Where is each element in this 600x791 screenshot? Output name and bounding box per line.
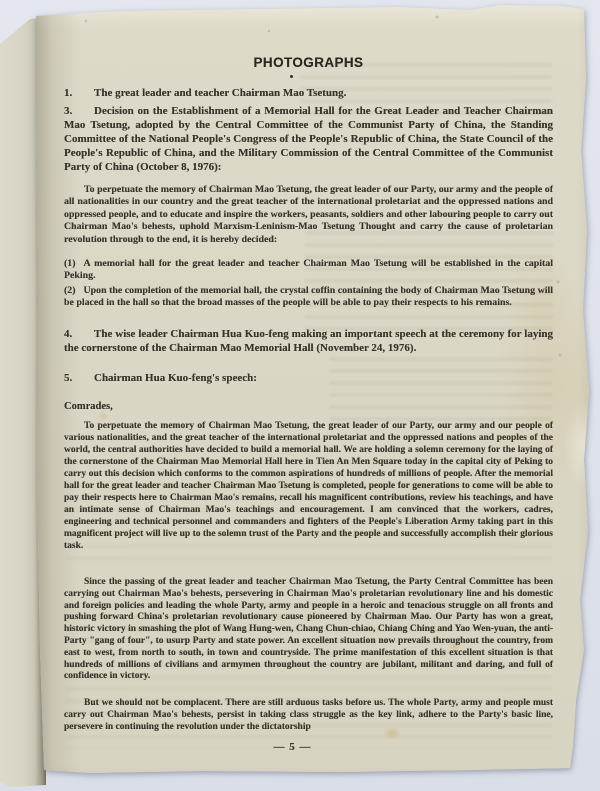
speech-paragraph-2: Since the passing of the great leader an… bbox=[64, 577, 553, 683]
decision-intro-paragraph: To perpetuate the memory of Chairman Mao… bbox=[64, 184, 553, 246]
speech-paragraph-3: But we should not be complacent. There a… bbox=[64, 697, 553, 733]
decision-point-1: (1)A memorial hall for the great leader … bbox=[64, 258, 553, 283]
scanned-page-wrap: PHOTOGRAPHS 1.The great leader and teach… bbox=[0, 0, 600, 791]
decision-point-2: (2)Upon the completion of the memorial h… bbox=[64, 285, 553, 310]
caption-item-3: 3.Decision on the Establishment of a Mem… bbox=[64, 104, 553, 174]
point-marker: (2) bbox=[64, 285, 76, 296]
caption-item-4: 4.The wise leader Chairman Hua Kuo-feng … bbox=[64, 327, 553, 355]
bleedthrough-ghost bbox=[330, 352, 552, 424]
caption-text: Decision on the Establishment of a Memor… bbox=[64, 105, 553, 173]
caption-number: 1. bbox=[64, 86, 94, 100]
caption-text: Chairman Hua Kuo-feng's speech: bbox=[94, 372, 257, 384]
point-text: A memorial hall for the great leader and… bbox=[64, 258, 553, 281]
caption-text: The wise leader Chairman Hua Kuo-feng ma… bbox=[64, 328, 553, 354]
point-text: Upon the completion of the memorial hall… bbox=[64, 285, 553, 308]
page-heading: PHOTOGRAPHS bbox=[64, 55, 553, 70]
scanned-page: PHOTOGRAPHS 1.The great leader and teach… bbox=[0, 0, 600, 791]
caption-number: 4. bbox=[64, 327, 94, 341]
caption-item-1: 1.The great leader and teacher Chairman … bbox=[64, 86, 553, 100]
point-marker: (1) bbox=[64, 258, 76, 269]
speech-salutation: Comrades, bbox=[64, 401, 553, 412]
scanner-background: PHOTOGRAPHS 1.The great leader and teach… bbox=[0, 0, 600, 791]
speech-paragraph-1: To perpetuate the memory of Chairman Mao… bbox=[64, 420, 553, 552]
caption-text: The great leader and teacher Chairman Ma… bbox=[94, 87, 346, 99]
caption-number: 3. bbox=[64, 104, 94, 118]
caption-number: 5. bbox=[64, 371, 94, 385]
caption-item-5: 5.Chairman Hua Kuo-feng's speech: bbox=[64, 371, 553, 385]
page-number: — 5 — bbox=[48, 741, 537, 753]
ink-speck bbox=[290, 75, 293, 78]
